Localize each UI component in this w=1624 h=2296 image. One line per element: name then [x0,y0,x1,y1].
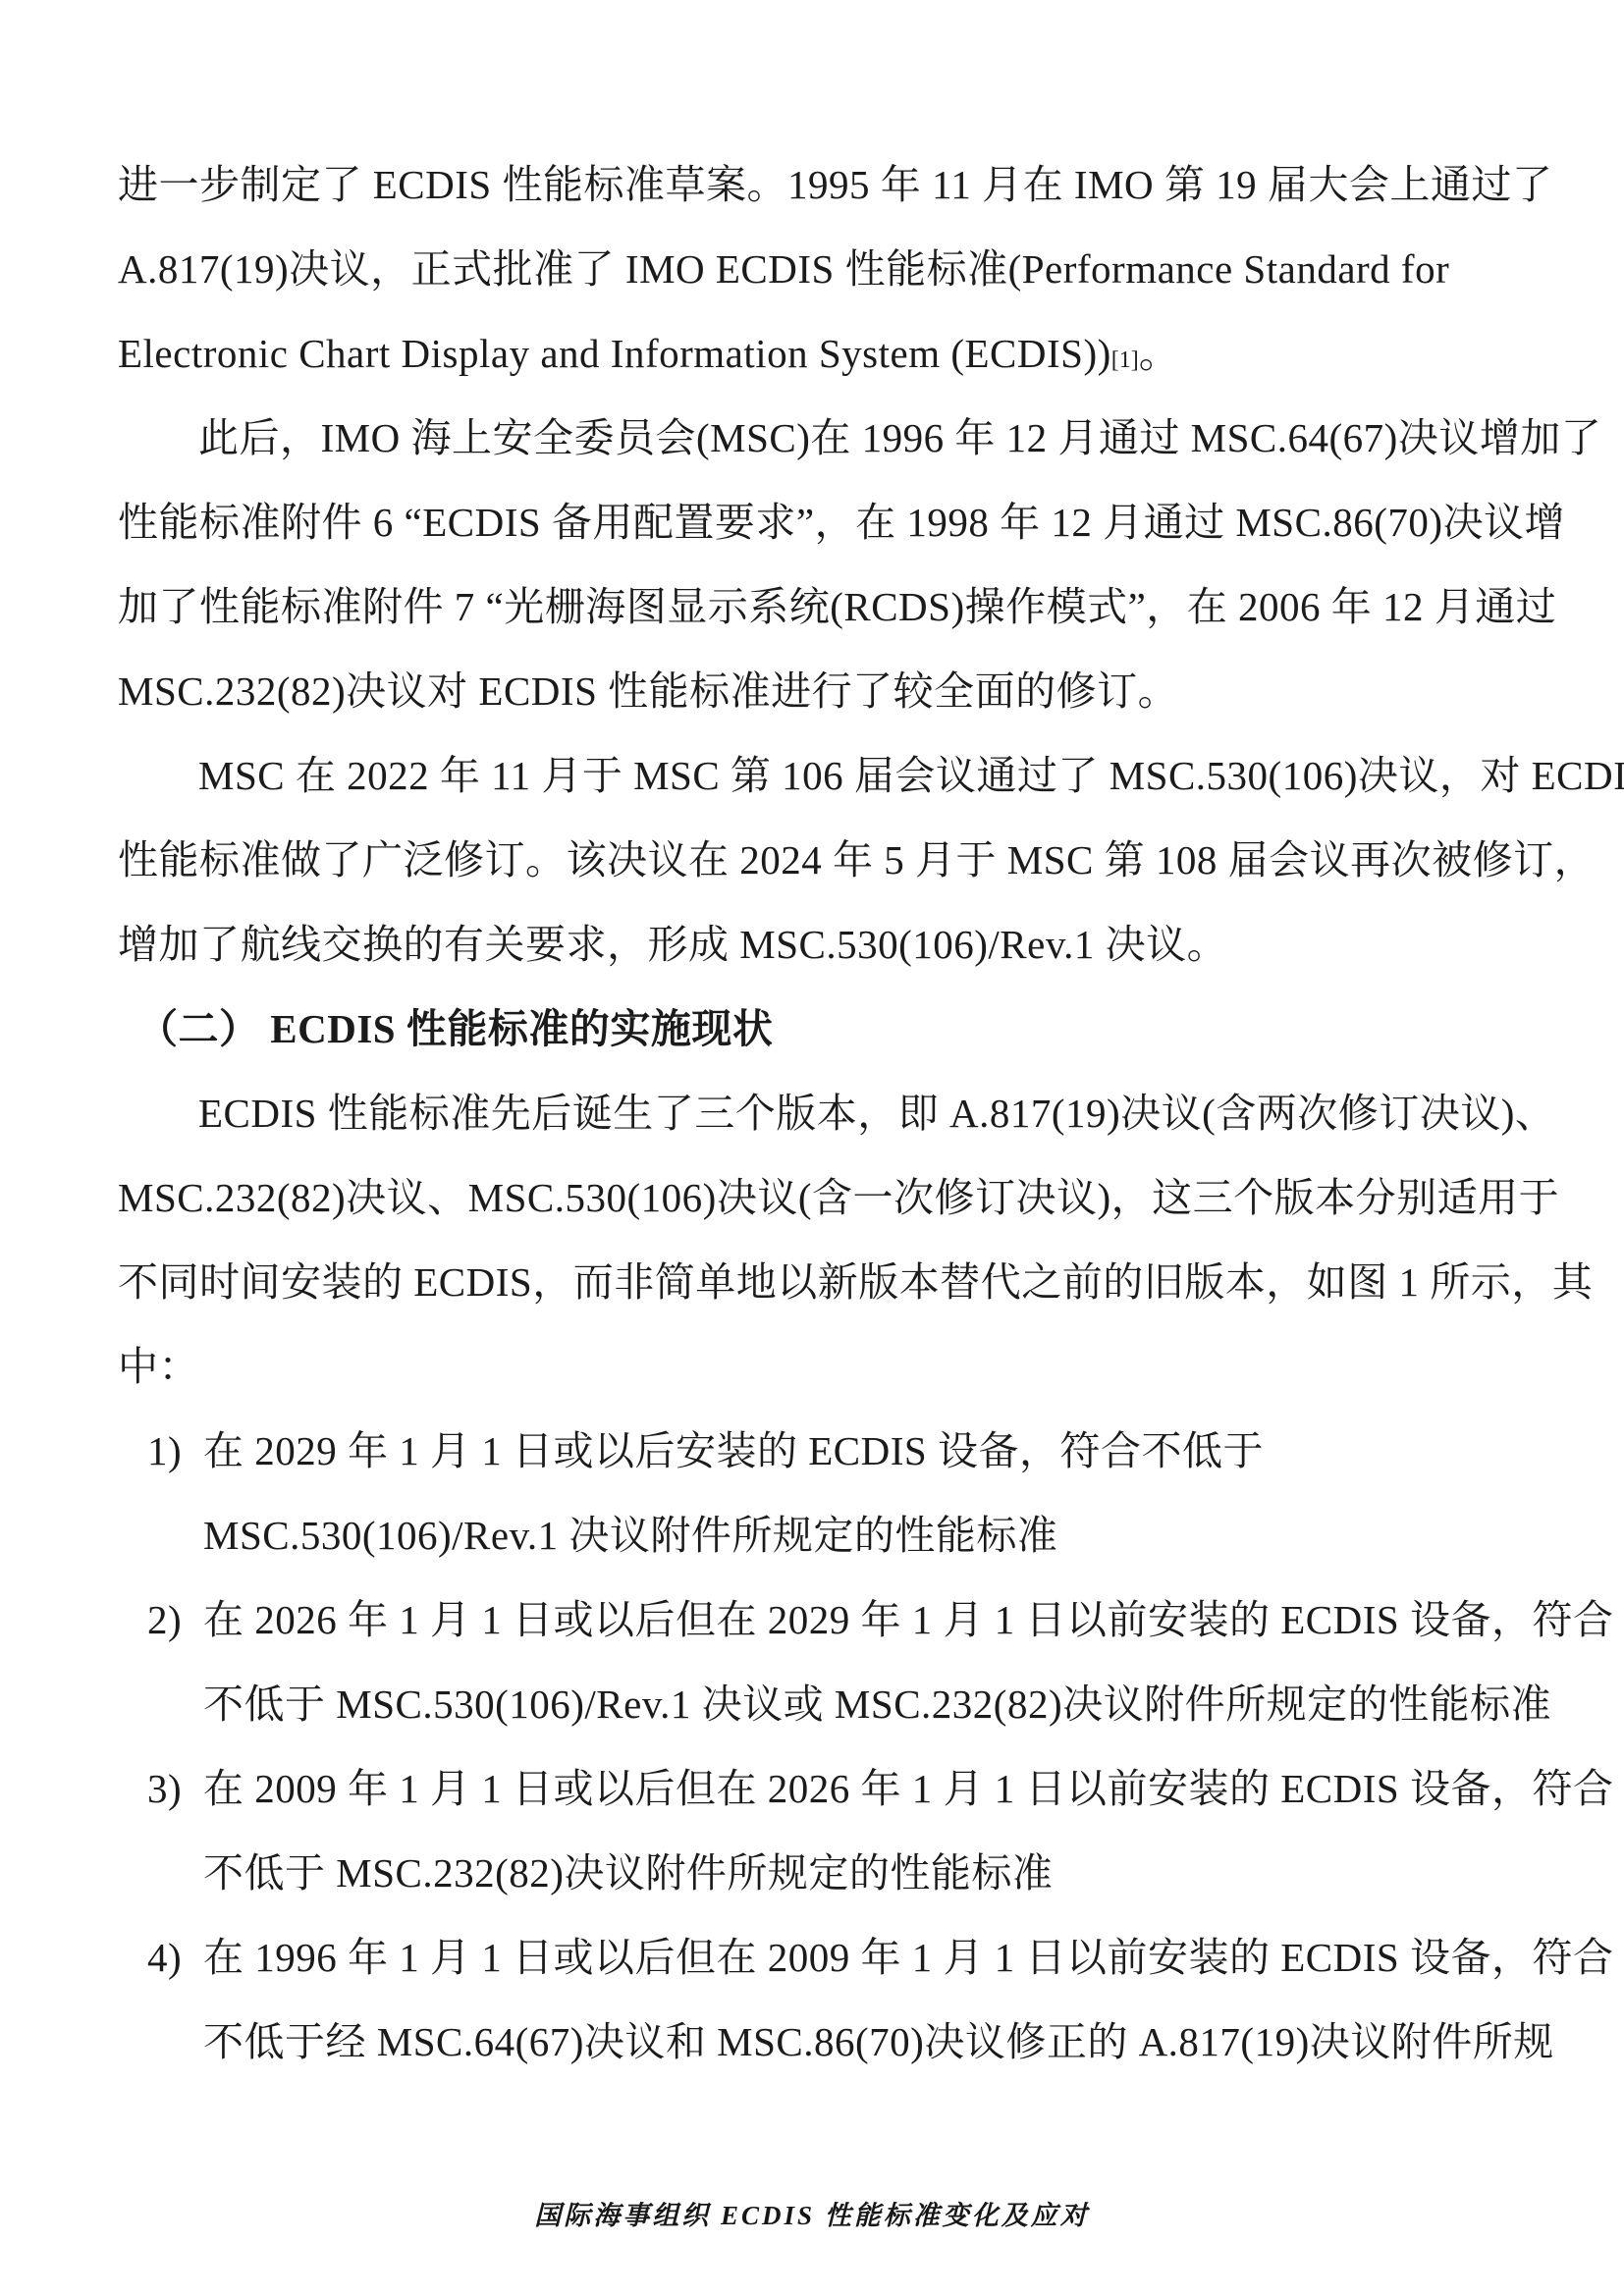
list-marker: 2) [147,1577,182,1662]
text-segment: 不低于经 MSC.64(67)决议和 MSC.86(70)决议修正的 A.817… [203,2019,1554,2064]
list-marker: 1) [147,1409,182,1493]
document-page: 进一步制定了 ECDIS 性能标准草案。1995 年 11 月在 IMO 第 1… [0,0,1624,2296]
text-line: 3)在 2009 年 1 月 1 日或以后但在 2026 年 1 月 1 日以前… [118,1746,1561,1831]
text-segment: A.817(19)决议，正式批准了 IMO ECDIS 性能标准(Perform… [118,246,1449,292]
text-line: 不低于 MSC.232(82)决议附件所规定的性能标准 [118,1831,1561,1915]
section-heading: （二） ECDIS 性能标准的实施现状 [118,987,1561,1071]
text-line: Electronic Chart Display and Information… [118,311,1561,396]
text-segment: 。 [1139,331,1180,376]
text-segment: 此后，IMO 海上安全委员会(MSC)在 1996 年 12 月通过 MSC.6… [198,415,1601,460]
text-line: 性能标准做了广泛修订。该决议在 2024 年 5 月于 MSC 第 108 届会… [118,818,1561,902]
text-line: 性能标准附件 6 “ECDIS 备用配置要求”，在 1998 年 12 月通过 … [118,480,1561,564]
text-segment: 在 2009 年 1 月 1 日或以后但在 2026 年 1 月 1 日以前安装… [203,1766,1613,1811]
text-segment: 进一步制定了 ECDIS 性能标准草案。1995 年 11 月在 IMO 第 1… [118,162,1552,207]
text-line: 不低于 MSC.530(106)/Rev.1 决议或 MSC.232(82)决议… [118,1662,1561,1746]
text-line: ECDIS 性能标准先后诞生了三个版本，即 A.817(19)决议(含两次修订决… [118,1071,1561,1155]
text-segment: 在 2026 年 1 月 1 日或以后但在 2029 年 1 月 1 日以前安装… [203,1597,1613,1642]
citation-ref: [1] [1111,347,1139,373]
text-segment: 在 1996 年 1 月 1 日或以后但在 2009 年 1 月 1 日以前安装… [203,1935,1613,1980]
text-line: 不同时间安装的 ECDIS，而非简单地以新版本替代之前的旧版本，如图 1 所示，… [118,1240,1561,1324]
text-line: 1)在 2029 年 1 月 1 日或以后安装的 ECDIS 设备，符合不低于 [118,1409,1561,1493]
text-segment: 性能标准做了广泛修订。该决议在 2024 年 5 月于 MSC 第 108 届会… [118,837,1595,882]
text-line: MSC.530(106)/Rev.1 决议附件所规定的性能标准 [118,1493,1561,1577]
text-segment: 不低于 MSC.232(82)决议附件所规定的性能标准 [203,1850,1053,1896]
text-segment: 性能标准附件 6 “ECDIS 备用配置要求”，在 1998 年 12 月通过 … [118,500,1565,545]
text-line: 不低于经 MSC.64(67)决议和 MSC.86(70)决议修正的 A.817… [118,2000,1561,2084]
text-segment: 不同时间安装的 ECDIS，而非简单地以新版本替代之前的旧版本，如图 1 所示，… [118,1259,1593,1305]
text-line: 中： [118,1324,1561,1409]
document-body: 进一步制定了 ECDIS 性能标准草案。1995 年 11 月在 IMO 第 1… [118,142,1561,2084]
text-segment: 中： [118,1344,199,1389]
footer-title: 国际海事组织 ECDIS 性能标准变化及应对 [534,2201,1090,2230]
text-segment: 不低于 MSC.530(106)/Rev.1 决议或 MSC.232(82)决议… [203,1682,1551,1727]
text-segment: 增加了航线交换的有关要求，形成 MSC.530(106)/Rev.1 决议。 [118,922,1227,967]
text-line: A.817(19)决议，正式批准了 IMO ECDIS 性能标准(Perform… [118,227,1561,311]
text-segment: 在 2029 年 1 月 1 日或以后安装的 ECDIS 设备，符合不低于 [203,1428,1264,1473]
text-segment: Electronic Chart Display and Information… [118,331,1111,376]
page-footer: 国际海事组织 ECDIS 性能标准变化及应对 [0,2191,1624,2240]
text-segment: MSC 在 2022 年 11 月于 MSC 第 106 届会议通过了 MSC.… [198,753,1624,798]
text-line: 4)在 1996 年 1 月 1 日或以后但在 2009 年 1 月 1 日以前… [118,1915,1561,2000]
list-marker: 4) [147,1915,182,2000]
text-segment: （二） ECDIS 性能标准的实施现状 [137,1006,773,1051]
text-segment: MSC.232(82)决议对 ECDIS 性能标准进行了较全面的修订。 [118,668,1178,714]
text-line: 此后，IMO 海上安全委员会(MSC)在 1996 年 12 月通过 MSC.6… [118,396,1561,480]
text-line: 加了性能标准附件 7 “光栅海图显示系统(RCDS)操作模式”，在 2006 年… [118,564,1561,649]
text-line: MSC.232(82)决议、MSC.530(106)决议(含一次修订决议)，这三… [118,1155,1561,1240]
text-line: 增加了航线交换的有关要求，形成 MSC.530(106)/Rev.1 决议。 [118,902,1561,987]
text-segment: MSC.530(106)/Rev.1 决议附件所规定的性能标准 [203,1513,1057,1558]
text-segment: ECDIS 性能标准先后诞生了三个版本，即 A.817(19)决议(含两次修订决… [198,1091,1555,1136]
list-marker: 3) [147,1746,182,1831]
text-line: 2)在 2026 年 1 月 1 日或以后但在 2029 年 1 月 1 日以前… [118,1577,1561,1662]
text-line: MSC 在 2022 年 11 月于 MSC 第 106 届会议通过了 MSC.… [118,733,1561,818]
text-segment: MSC.232(82)决议、MSC.530(106)决议(含一次修订决议)，这三… [118,1175,1559,1220]
text-line: 进一步制定了 ECDIS 性能标准草案。1995 年 11 月在 IMO 第 1… [118,142,1561,227]
text-line: MSC.232(82)决议对 ECDIS 性能标准进行了较全面的修订。 [118,649,1561,733]
text-segment: 加了性能标准附件 7 “光栅海图显示系统(RCDS)操作模式”，在 2006 年… [118,584,1556,629]
